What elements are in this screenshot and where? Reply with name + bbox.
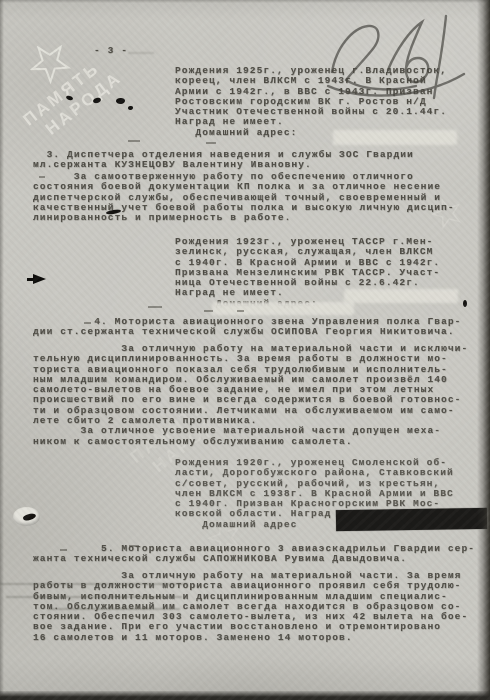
pencil-dash (129, 545, 139, 547)
pencil-dash (206, 142, 216, 144)
pencil-dash (148, 306, 162, 308)
section-3-citation: За самоотверженную работу по обеспечению… (33, 172, 473, 223)
section-4-heading: 4. Моториста авиационного звена Управлен… (33, 317, 478, 338)
pencil-dash (84, 322, 91, 324)
archive-watermark: ПАМЯТЬ НАРОДА (0, 17, 126, 147)
pencil-line (48, 608, 180, 610)
pencil-line (128, 52, 154, 54)
scan-edge-bottom (0, 691, 490, 700)
pencil-line (0, 583, 188, 585)
pencil-dash (204, 310, 213, 312)
page-number: - 3 - (94, 46, 128, 56)
erased-address-area (333, 130, 457, 145)
redaction-box (336, 508, 487, 531)
pencil-dash (60, 549, 67, 551)
erased-address-area (212, 302, 354, 315)
pencil-dash (128, 140, 140, 142)
margin-arrow-ink-mark (33, 274, 46, 284)
ink-spot (128, 106, 133, 110)
scan-edge-left (0, 0, 4, 700)
pencil-dash (39, 176, 45, 178)
pencil-dash (237, 310, 244, 312)
scan-edge-top (0, 0, 490, 3)
section-3-heading: 3. Диспетчера отделения наведения и служ… (33, 150, 473, 171)
section-5-heading: 5. Моториста авиационного 3 авиаэскадрил… (33, 544, 478, 565)
ink-spot (116, 98, 125, 104)
ink-spot (463, 300, 467, 307)
birth-info-block-1: Рождения 1925г., уроженец г.Владивосток,… (175, 66, 475, 138)
pencil-line (6, 596, 182, 598)
erased-address-area (344, 289, 458, 303)
scan-edge-right (477, 0, 490, 700)
section-4-citation: За отличную работу на материальной части… (33, 344, 478, 447)
scanned-document-page: ПАМЯТЬ НАРОДА ПАМЯТЬ НАРОДА - 3 - Рожден… (0, 0, 490, 700)
